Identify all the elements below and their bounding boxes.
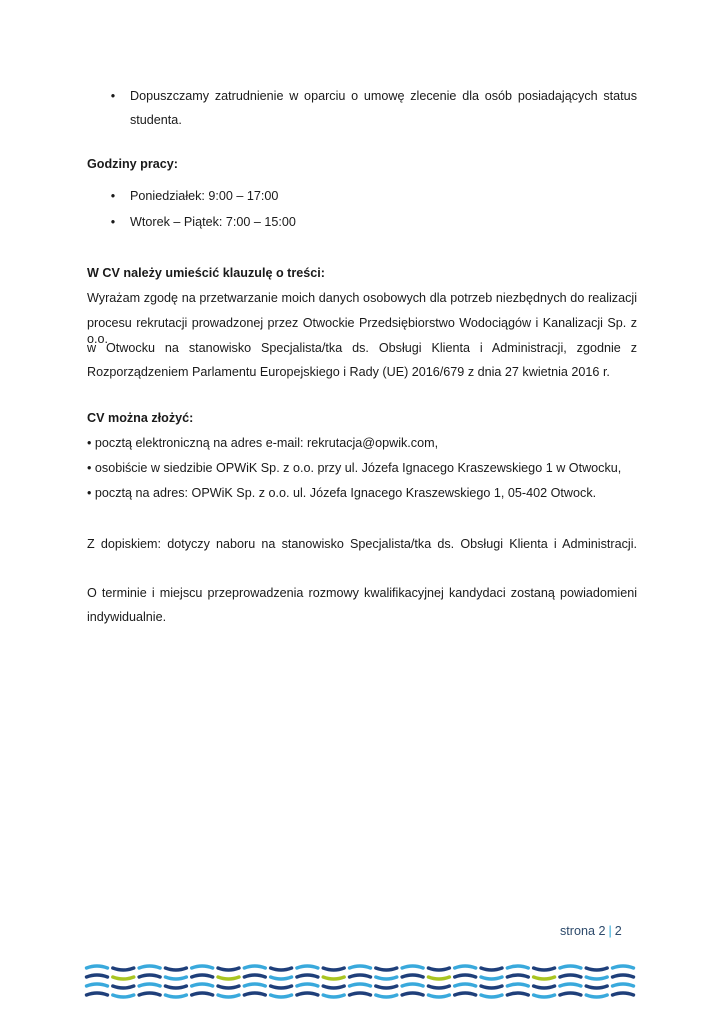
- submission-heading: CV można złożyć:: [87, 410, 193, 426]
- bullet-icon: •: [108, 214, 118, 230]
- submission-item-email: • pocztą elektroniczną na adres e-mail: …: [87, 435, 438, 451]
- closing-line: O terminie i miejscu przeprowadzenia roz…: [87, 585, 637, 601]
- bullet-icon: •: [108, 88, 118, 104]
- document-page: • Dopuszczamy zatrudnienie w oparciu o u…: [0, 0, 724, 1024]
- submission-item-post: • pocztą na adres: OPWiK Sp. z o.o. ul. …: [87, 485, 596, 501]
- working-hours-item: Wtorek – Piątek: 7:00 – 15:00: [130, 214, 296, 230]
- clause-heading: W CV należy umieścić klauzulę o treści:: [87, 265, 325, 281]
- page-separator: |: [606, 924, 615, 938]
- intro-bullet-line-2: studenta.: [130, 112, 182, 128]
- clause-line: procesu rekrutacji prowadzonej przez Otw…: [87, 315, 637, 331]
- intro-bullet-line-1: Dopuszczamy zatrudnienie w oparciu o umo…: [130, 88, 637, 104]
- clause-line: Rozporządzeniem Parlamentu Europejskiego…: [87, 364, 610, 380]
- wave-pattern-icon: [0, 955, 724, 1015]
- annotation-text: Z dopiskiem: dotyczy naboru na stanowisk…: [87, 536, 637, 552]
- working-hours-item: Poniedziałek: 9:00 – 17:00: [130, 188, 278, 204]
- clause-line: Wyrażam zgodę na przetwarzanie moich dan…: [87, 290, 637, 306]
- bullet-icon: •: [108, 188, 118, 204]
- page-total: 2: [615, 924, 622, 938]
- submission-item-in-person: • osobiście w siedzibie OPWiK Sp. z o.o.…: [87, 460, 621, 476]
- page-number: strona 2|2: [560, 924, 622, 938]
- page-label: strona 2: [560, 924, 606, 938]
- closing-line: indywidualnie.: [87, 609, 166, 625]
- clause-line: w Otwocku na stanowisko Specjalista/tka …: [87, 340, 637, 356]
- working-hours-heading: Godziny pracy:: [87, 156, 178, 172]
